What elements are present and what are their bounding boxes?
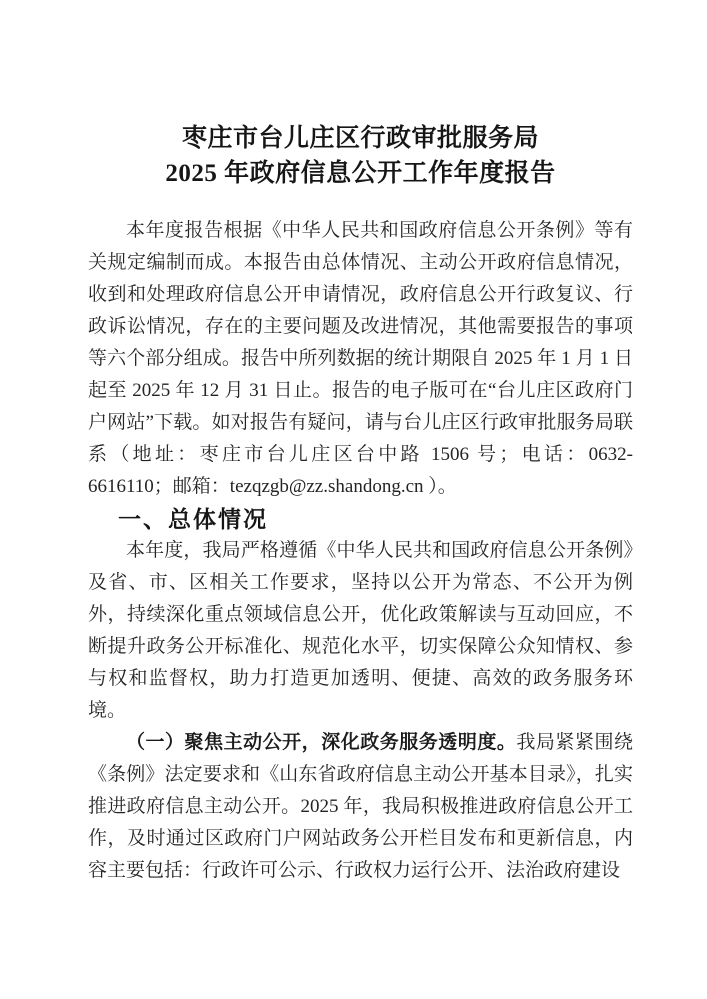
document-title-line-1: 枣庄市台儿庄区行政审批服务局 bbox=[88, 121, 633, 156]
subsection-1-body-text: 我局紧紧围绕《条例》法定要求和《山东省政府信息主动公开基本目录》，扎实推进政府信… bbox=[88, 732, 633, 881]
section-1-overview-paragraph: 本年度，我局严格遵循《中华人民共和国政府信息公开条例》及省、市、区相关工作要求，… bbox=[88, 535, 633, 727]
subsection-1-lead-heading: （一）聚焦主动公开，深化政务服务透明度。 bbox=[126, 732, 516, 753]
document-title: 枣庄市台儿庄区行政审批服务局 2025 年政府信息公开工作年度报告 bbox=[88, 121, 633, 191]
document-title-line-2: 2025 年政府信息公开工作年度报告 bbox=[88, 156, 633, 191]
intro-paragraph: 本年度报告根据《中华人民共和国政府信息公开条例》等有关规定编制而成。本报告由总体… bbox=[88, 215, 633, 503]
section-1-heading: 一、总体情况 bbox=[88, 503, 633, 535]
section-1-subsection-1-paragraph: （一）聚焦主动公开，深化政务服务透明度。我局紧紧围绕《条例》法定要求和《山东省政… bbox=[88, 727, 633, 887]
document-page: 枣庄市台儿庄区行政审批服务局 2025 年政府信息公开工作年度报告 本年度报告根… bbox=[0, 0, 707, 999]
